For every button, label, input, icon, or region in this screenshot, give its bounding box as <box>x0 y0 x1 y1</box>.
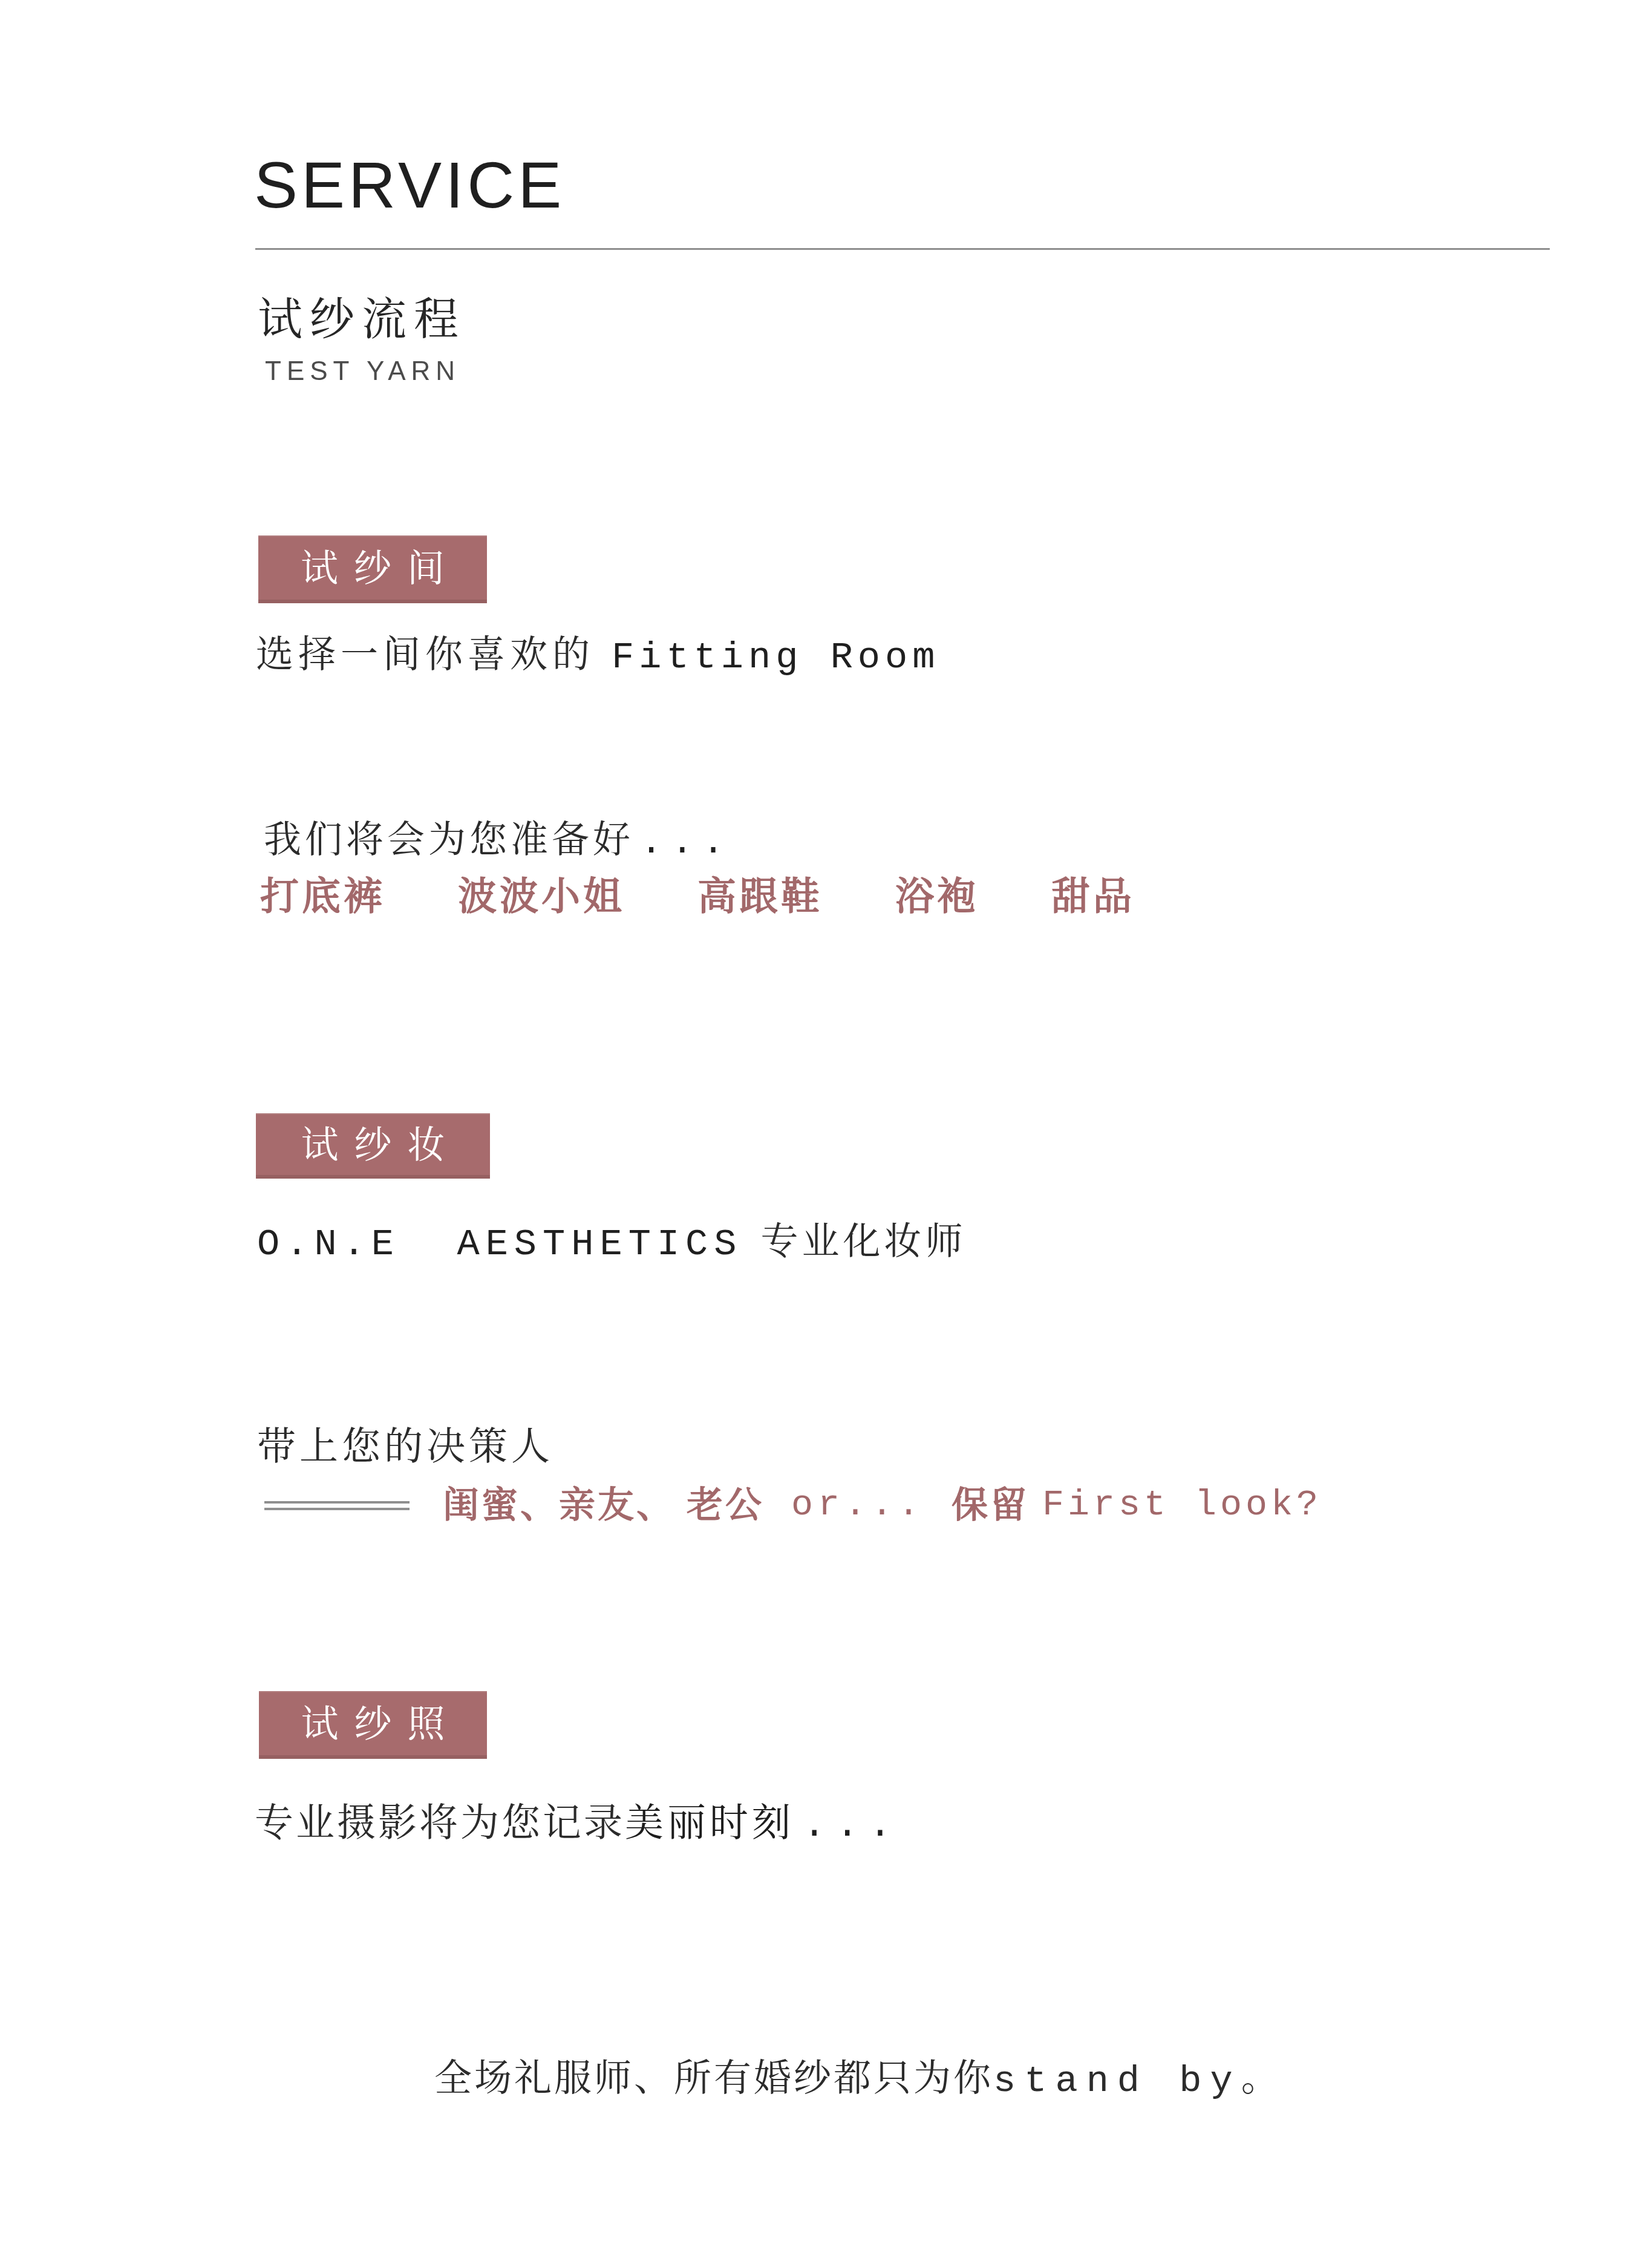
footer-slogan-cn: 全场礼服师、所有婚纱都只为你 <box>434 2058 993 2099</box>
badge-fitting-room-label: 试纱间 <box>285 551 460 588</box>
decision-options-row: 闺蜜、亲友、 老公 or... 保留 First look? <box>264 1487 1322 1523</box>
prepare-intro-text: 我们将会为您准备好 <box>264 819 634 861</box>
photo-desc-accent: 美丽时刻 <box>625 1801 794 1844</box>
footer-slogan-en: stand by <box>993 2060 1241 2103</box>
decision-options-cn: 闺蜜、亲友、 老公 <box>443 1487 764 1523</box>
photo-description: 专业摄影将为您记录美丽时刻... <box>255 1803 901 1845</box>
prepare-ellipsis: ... <box>640 821 733 864</box>
subtitle-english: TEST YARN <box>265 358 460 385</box>
decision-or-text: or... <box>791 1487 924 1523</box>
fitting-room-description: 选择一间你喜欢的Fitting Room <box>256 636 940 676</box>
prepare-item: 浴袍 <box>895 877 979 916</box>
subtitle-chinese: 试纱流程 <box>258 298 466 342</box>
prepare-item: 打底裤 <box>260 877 385 916</box>
decision-first-look: First look? <box>1042 1487 1322 1523</box>
fitting-room-desc-cn: 选择一间你喜欢的 <box>256 634 595 676</box>
badge-photo-label: 试纱照 <box>285 1706 460 1744</box>
decision-keep-cn: 保留 <box>952 1487 1029 1523</box>
prepare-items-list: 打底裤 波波小姐 高跟鞋 浴袍 甜品 <box>260 877 1135 916</box>
page-title: SERVICE <box>254 152 565 218</box>
footer-slogan: 全场礼服师、所有婚纱都只为你stand by。 <box>434 2060 1279 2100</box>
badge-makeup-label: 试纱妆 <box>285 1127 460 1165</box>
makeup-description: O.N.E AESTHETICS专业化妆师 <box>257 1223 967 1263</box>
prepare-item: 高跟鞋 <box>697 877 823 916</box>
badge-fitting-room: 试纱间 <box>258 535 487 603</box>
em-dash-divider <box>264 1501 410 1510</box>
makeup-brand: O.N.E AESTHETICS <box>257 1223 743 1266</box>
badge-photo: 试纱照 <box>259 1691 487 1759</box>
photo-ellipsis: ... <box>803 1804 901 1848</box>
service-flyer-page: SERVICE 试纱流程 TEST YARN 试纱间 选择一间你喜欢的Fitti… <box>0 0 1652 2258</box>
prepare-intro-line: 我们将会为您准备好... <box>264 822 733 862</box>
prepare-item: 甜品 <box>1051 877 1135 916</box>
photo-desc-cn: 专业摄影将为您记录 <box>255 1801 625 1844</box>
footer-period: 。 <box>1241 2058 1279 2099</box>
header-divider-line <box>255 248 1550 250</box>
decision-intro: 带上您的决策人 <box>257 1427 553 1465</box>
prepare-item: 波波小姐 <box>458 877 625 916</box>
makeup-desc-cn: 专业化妆师 <box>761 1221 967 1263</box>
badge-makeup: 试纱妆 <box>256 1113 490 1179</box>
fitting-room-desc-en: Fitting Room <box>612 636 939 679</box>
